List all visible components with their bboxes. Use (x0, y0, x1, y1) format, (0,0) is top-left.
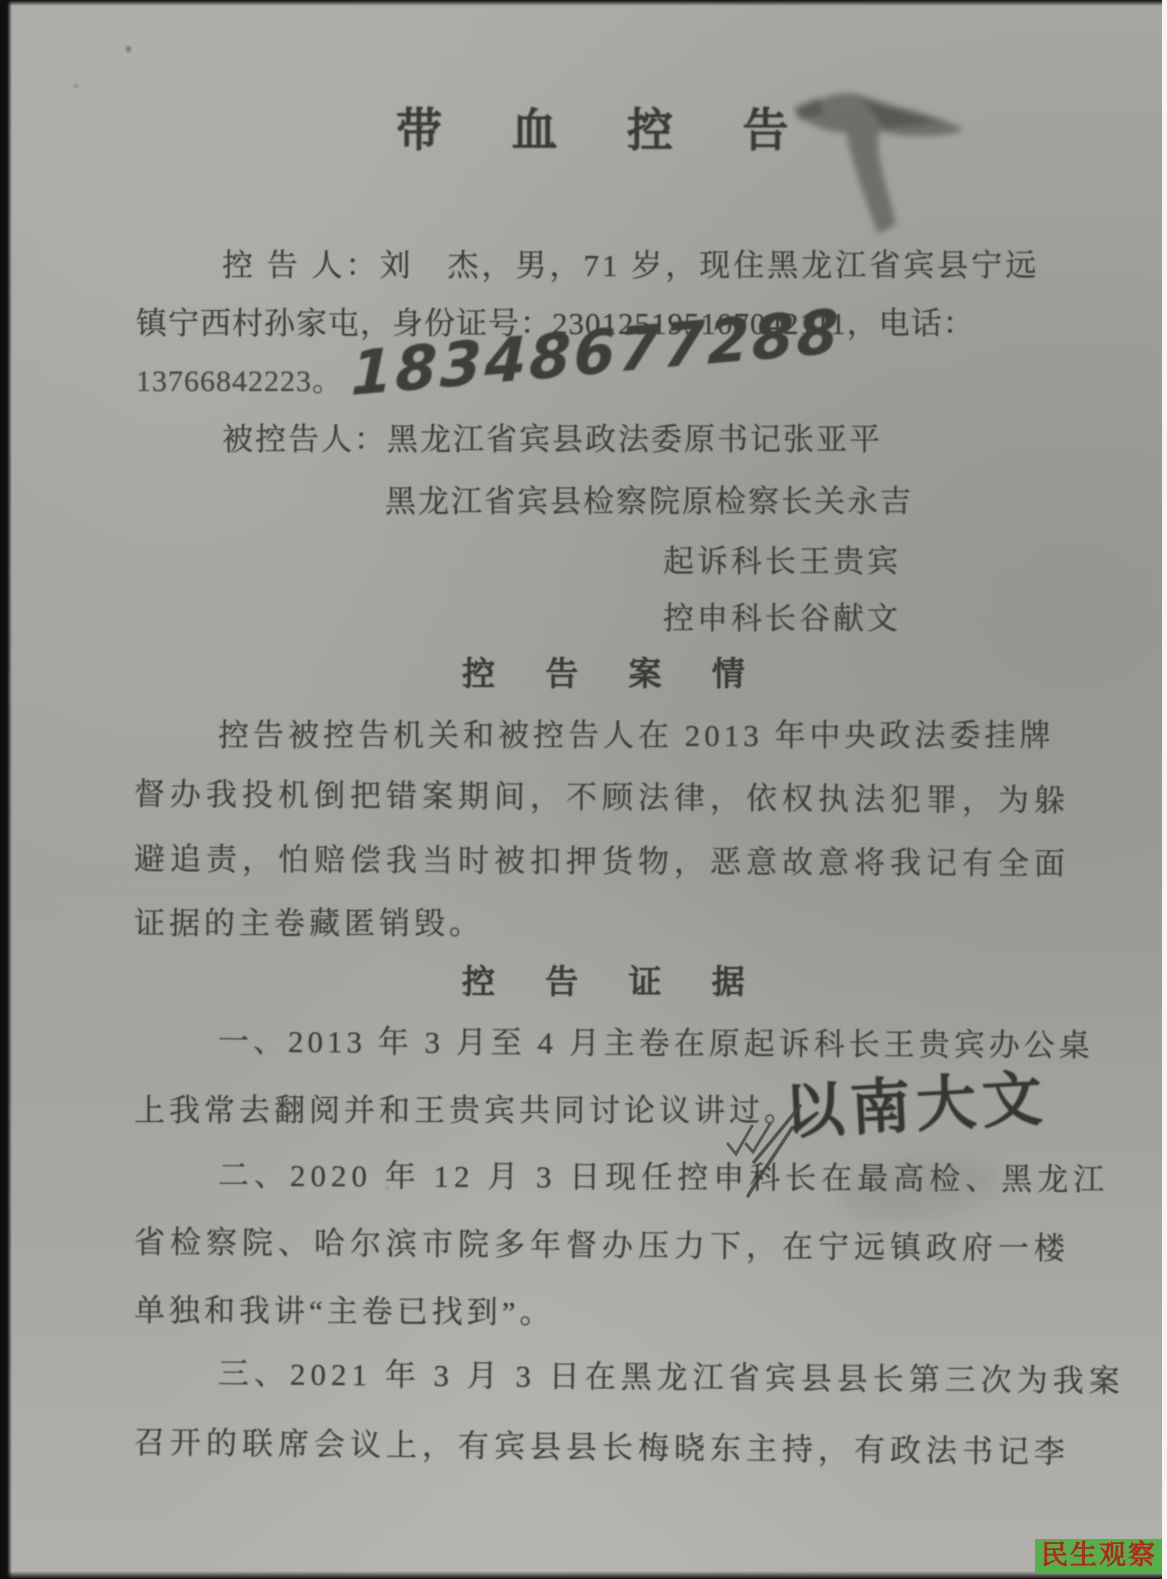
document-title: 带 血 控 告 (396, 94, 795, 160)
site-watermark: 民生观察 (1035, 1539, 1162, 1574)
photo-edge-top (0, 0, 1167, 6)
respondent-line-1: 被控告人：黑龙江省宾县政法委原书记张亚平 (222, 414, 882, 459)
case-line-3: 避追责，怕赔偿我当时被扣押货物，恶意故意将我记有全面 (134, 834, 1070, 884)
scanned-complaint-document: 带 血 控 告 控 告 人：刘 杰，男，71 岁，现住黑龙江省宾县宁远 镇宁西村… (0, 0, 1167, 1579)
photo-edge-right (1162, 0, 1167, 1579)
evidence-item3-line-2: 召开的联席会议上，有宾县县长梅晓东主持，有政法书记李 (134, 1417, 1070, 1472)
evidence-item1-line-2: 上我常去翻阅并和王贵宾共同讨论议讲过。 (134, 1085, 799, 1130)
respondent-line-3: 起诉科长王贵宾 (663, 536, 901, 581)
evidence-item2-line-2: 省检察院、哈尔滨市院多年督办压力下，在宁远镇政府一楼 (134, 1217, 1070, 1269)
photo-edge-left (0, 0, 12, 1579)
complainant-line-1: 控 告 人：刘 杰，男，71 岁，现住黑龙江省宾县宁远 (222, 240, 1039, 285)
phone-printed: 13766842223。 (136, 356, 343, 400)
evidence-item2-line-1: 二、2020 年 12 月 3 日现任控申科长在最高检、黑龙江 (218, 1150, 1109, 1200)
evidence-item3-line-1: 三、2021 年 3 月 3 日在黑龙江省宾县县长第三次为我案 (218, 1348, 1125, 1401)
case-line-1: 控告被控告机关和被控告人在 2013 年中央政法委挂牌 (218, 710, 1055, 755)
respondent-line-4: 控申科长谷献文 (663, 593, 901, 638)
section-heading-case: 控 告 案 情 (462, 648, 749, 695)
handwritten-annotation: 以南大文 (782, 1051, 1050, 1151)
photo-edge-bottom (0, 1571, 1167, 1579)
ink-smudge-icon (792, 78, 982, 248)
respondent-line-2: 黑龙江省宾县检察院原检察长关永吉 (385, 476, 913, 521)
evidence-item2-line-3: 单独和我讲“主卷已找到”。 (134, 1285, 555, 1332)
paper-speck (126, 46, 131, 52)
paper-speck (74, 84, 78, 88)
case-line-2: 督办我投机倒把错案期间，不顾法律，依权执法犯罪，为躲 (134, 769, 1070, 821)
section-heading-evidence: 控 告 证 据 (462, 956, 749, 1003)
case-line-4: 证据的主卷藏匿销毁。 (134, 898, 484, 943)
